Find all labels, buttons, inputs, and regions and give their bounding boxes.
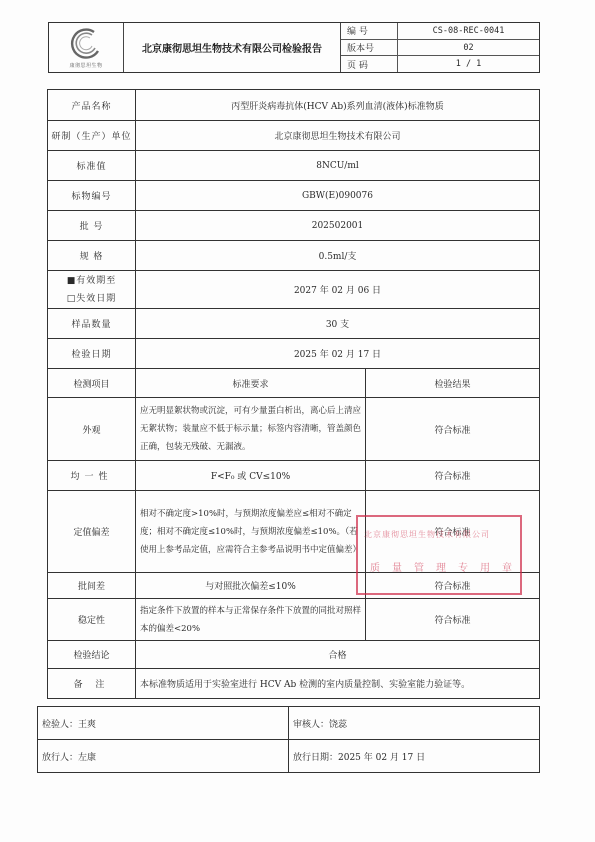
label-quantity: 样品数量	[48, 309, 136, 339]
report-table: 产品名称 丙型肝炎病毒抗体(HCV Ab)系列血清(液体)标准物质 研制（生产）…	[47, 89, 540, 699]
product-name: 丙型肝炎病毒抗体(HCV Ab)系列血清(液体)标准物质	[136, 90, 540, 121]
item: 定值偏差	[48, 491, 136, 573]
item: 外观	[48, 398, 136, 461]
item: 批间差	[48, 573, 136, 599]
requirement: F<F₀ 或 CV≤10%	[136, 461, 366, 491]
row-batch: 批 号 202502001	[48, 211, 540, 241]
label-expiry: ■有效期至 □失效日期	[48, 271, 136, 309]
requirement: 与对照批次偏差≤10%	[136, 573, 366, 599]
standard-value: 8NCU/ml	[136, 151, 540, 181]
logo-swirl-icon	[68, 27, 104, 61]
result: 符合标准	[366, 491, 540, 573]
signature-row-2: 放行人：左康 放行日期：2025 年 02 月 17 日	[38, 740, 540, 773]
release-date: 放行日期：2025 年 02 月 17 日	[289, 740, 540, 773]
meta-label: 编 号	[341, 23, 398, 39]
batch-number: 202502001	[136, 211, 540, 241]
inspection-row-homogeneity: 均一性 F<F₀ 或 CV≤10% 符合标准	[48, 461, 540, 491]
label-standard-value: 标准值	[48, 151, 136, 181]
page-number: 1 / 1	[398, 56, 539, 72]
test-date: 2025 年 02 月 17 日	[136, 339, 540, 369]
col-header-item: 检测项目	[48, 369, 136, 398]
label-spec: 规 格	[48, 241, 136, 271]
label-manufacturer: 研制（生产）单位	[48, 121, 136, 151]
inspection-row-batch-variance: 批间差 与对照批次偏差≤10% 符合标准	[48, 573, 540, 599]
col-header-requirement: 标准要求	[136, 369, 366, 398]
remarks: 本标准物质适用于实验室进行 HCV Ab 检测的室内质量控制、实验室能力验证等。	[136, 669, 540, 699]
row-spec: 规 格 0.5ml/支	[48, 241, 540, 271]
company-logo: 康彻思坦生物	[49, 23, 124, 72]
report-header: 康彻思坦生物 北京康彻思坦生物技术有限公司检验报告 编 号 CS-08-REC-…	[48, 22, 540, 73]
expiry-date: 2027 年 02 月 06 日	[136, 271, 540, 309]
requirement: 相对不确定度>10%时，与预期浓度偏差应≤相对不确定度；相对不确定度≤10%时，…	[136, 491, 366, 573]
row-manufacturer: 研制（生产）单位 北京康彻思坦生物技术有限公司	[48, 121, 540, 151]
meta-row-version: 版本号 02	[341, 40, 539, 57]
requirement: 应无明显絮状物或沉淀，可有少量蛋白析出，离心后上清应无絮状物；装量应不低于标示量…	[136, 398, 366, 461]
inspection-header-row: 检测项目 标准要求 检验结果	[48, 369, 540, 398]
row-product-name: 产品名称 丙型肝炎病毒抗体(HCV Ab)系列血清(液体)标准物质	[48, 90, 540, 121]
report-title: 北京康彻思坦生物技术有限公司检验报告	[124, 23, 341, 72]
inspection-row-value-deviation: 定值偏差 相对不确定度>10%时，与预期浓度偏差应≤相对不确定度；相对不确定度≤…	[48, 491, 540, 573]
logo-caption: 康彻思坦生物	[69, 62, 102, 69]
meta-label: 版本号	[341, 40, 398, 56]
document-meta: 编 号 CS-08-REC-0041 版本号 02 页 码 1 / 1	[341, 23, 539, 72]
document-number: CS-08-REC-0041	[398, 23, 539, 39]
result: 符合标准	[366, 461, 540, 491]
spec: 0.5ml/支	[136, 241, 540, 271]
result: 符合标准	[366, 398, 540, 461]
col-header-result: 检验结果	[366, 369, 540, 398]
conclusion: 合格	[136, 641, 540, 669]
label-conclusion: 检验结论	[48, 641, 136, 669]
requirement: 指定条件下放置的样本与正常保存条件下放置的同批对照样本的偏差<20%	[136, 599, 366, 641]
label-test-date: 检验日期	[48, 339, 136, 369]
row-test-date: 检验日期 2025 年 02 月 17 日	[48, 339, 540, 369]
result: 符合标准	[366, 599, 540, 641]
item: 均一性	[48, 461, 136, 491]
label-product-name: 产品名称	[48, 90, 136, 121]
signature-row-1: 检验人：王爽 审核人：饶蕊	[38, 707, 540, 740]
row-remarks: 备 注 本标准物质适用于实验室进行 HCV Ab 检测的室内质量控制、实验室能力…	[48, 669, 540, 699]
inspector: 检验人：王爽	[38, 707, 289, 740]
checkbox-failure-unchecked: □失效日期	[48, 290, 135, 308]
meta-label: 页 码	[341, 56, 398, 72]
inspection-row-appearance: 外观 应无明显絮状物或沉淀，可有少量蛋白析出，离心后上清应无絮状物；装量应不低于…	[48, 398, 540, 461]
row-quantity: 样品数量 30 支	[48, 309, 540, 339]
row-conclusion: 检验结论 合格	[48, 641, 540, 669]
manufacturer: 北京康彻思坦生物技术有限公司	[136, 121, 540, 151]
row-standard-value: 标准值 8NCU/ml	[48, 151, 540, 181]
row-ref-number: 标物编号 GBW(E)090076	[48, 181, 540, 211]
checkbox-expiry-checked: ■有效期至	[48, 272, 135, 290]
result: 符合标准	[366, 573, 540, 599]
item: 稳定性	[48, 599, 136, 641]
inspection-row-stability: 稳定性 指定条件下放置的样本与正常保存条件下放置的同批对照样本的偏差<20% 符…	[48, 599, 540, 641]
inspection-report-page: 康彻思坦生物 北京康彻思坦生物技术有限公司检验报告 编 号 CS-08-REC-…	[0, 0, 595, 842]
signature-table: 检验人：王爽 审核人：饶蕊 放行人：左康 放行日期：2025 年 02 月 17…	[37, 706, 540, 773]
label-ref-number: 标物编号	[48, 181, 136, 211]
meta-row-page: 页 码 1 / 1	[341, 56, 539, 72]
sample-quantity: 30 支	[136, 309, 540, 339]
row-expiry: ■有效期至 □失效日期 2027 年 02 月 06 日	[48, 271, 540, 309]
reviewer: 审核人：饶蕊	[289, 707, 540, 740]
label-batch: 批 号	[48, 211, 136, 241]
label-remarks: 备 注	[48, 669, 136, 699]
releaser: 放行人：左康	[38, 740, 289, 773]
meta-row-number: 编 号 CS-08-REC-0041	[341, 23, 539, 40]
ref-number: GBW(E)090076	[136, 181, 540, 211]
version-number: 02	[398, 40, 539, 56]
